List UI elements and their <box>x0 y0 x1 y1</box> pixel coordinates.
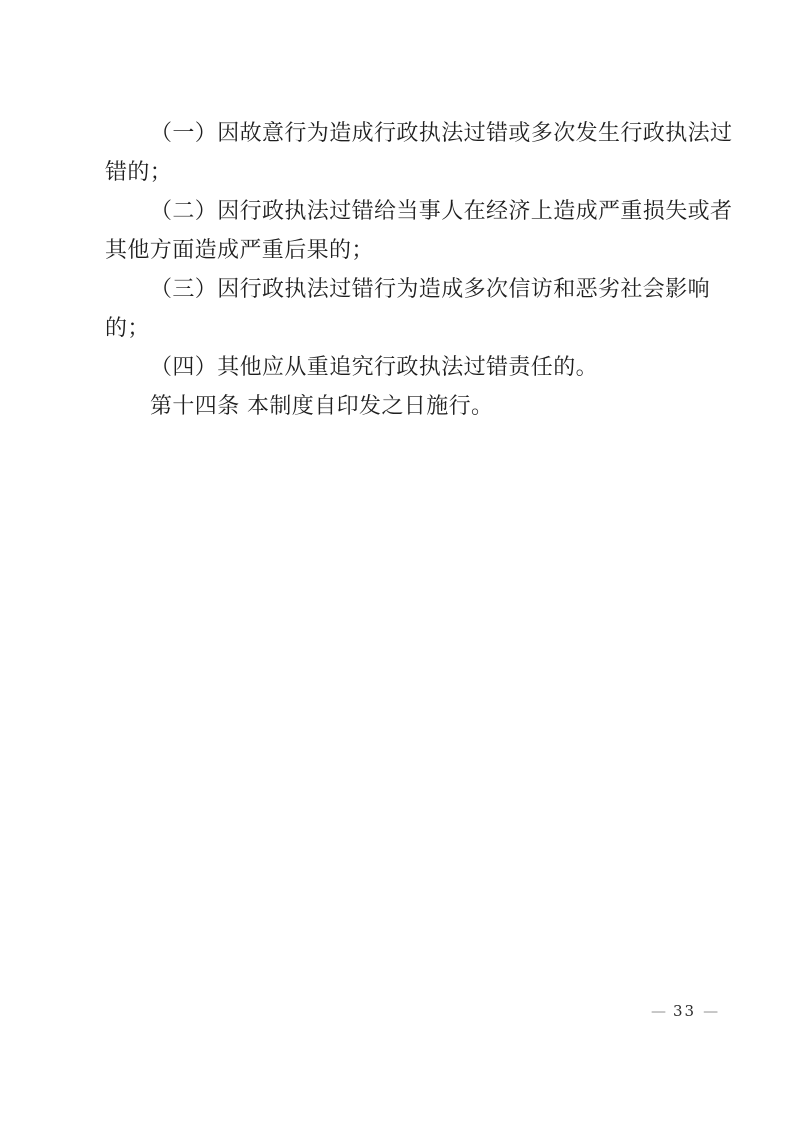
paragraph-clause-2: （二）因行政执法过错给当事人在经济上造成严重损失或者 其他方面造成严重后果的； <box>105 192 717 270</box>
text-line: （四）其他应从重追究行政执法过错责任的。 <box>105 348 717 387</box>
paragraph-clause-1: （一）因故意行为造成行政执法过错或多次发生行政执法过 错的； <box>105 114 717 192</box>
text-line: 错的； <box>105 153 717 192</box>
text-line: 其他方面造成严重后果的； <box>105 231 717 270</box>
text-line: （二）因行政执法过错给当事人在经济上造成严重损失或者 <box>105 192 717 231</box>
page-number-dash-right: — <box>703 1002 718 1020</box>
text-line: （一）因故意行为造成行政执法过错或多次发生行政执法过 <box>105 114 717 153</box>
document-page: （一）因故意行为造成行政执法过错或多次发生行政执法过 错的； （二）因行政执法过… <box>0 0 793 1122</box>
paragraph-clause-4: （四）其他应从重追究行政执法过错责任的。 <box>105 348 717 387</box>
text-line: （三）因行政执法过错行为造成多次信访和恶劣社会影响 <box>105 270 717 309</box>
paragraph-clause-3: （三）因行政执法过错行为造成多次信访和恶劣社会影响 的； <box>105 270 717 348</box>
paragraph-article-14: 第十四条 本制度自印发之日施行。 <box>105 387 717 426</box>
page-number-value: 33 <box>673 1002 696 1020</box>
text-line: 的； <box>105 309 717 348</box>
text-block: （一）因故意行为造成行政执法过错或多次发生行政执法过 错的； （二）因行政执法过… <box>105 114 717 426</box>
page-number-dash-left: — <box>651 1002 666 1020</box>
page-number: —33— <box>644 1001 725 1021</box>
text-line: 第十四条 本制度自印发之日施行。 <box>105 387 717 426</box>
